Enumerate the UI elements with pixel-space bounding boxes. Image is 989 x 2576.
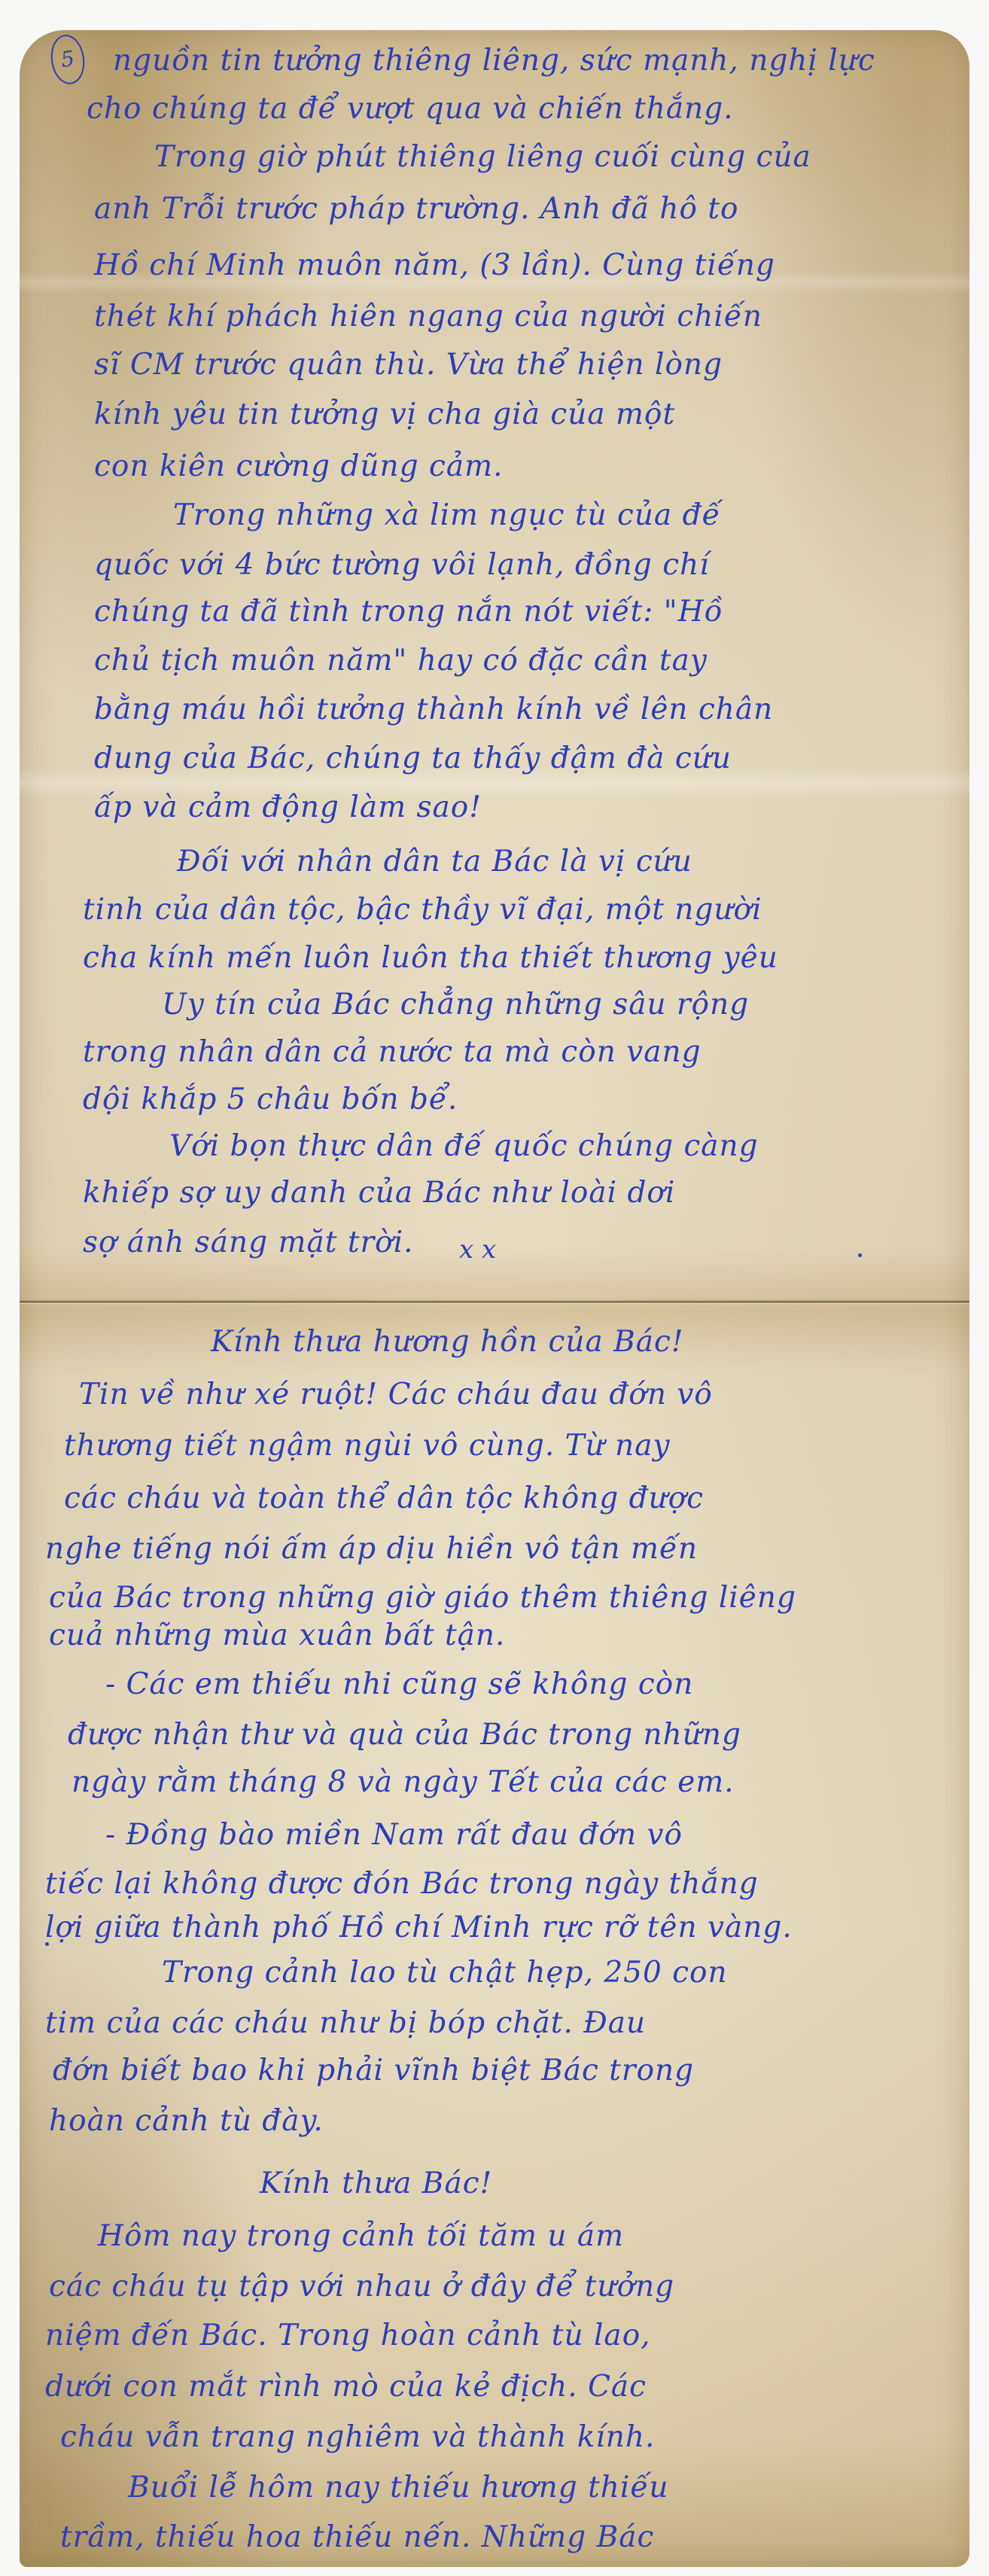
text-line: thương tiết ngậm ngùi vô cùng. Từ nay	[64, 1429, 671, 1463]
text-line: cho chúng ta để vượt qua và chiến thắng.	[87, 92, 734, 126]
text-line: lợi giữa thành phố Hồ chí Minh rực rỡ tê…	[45, 1911, 793, 1944]
text-line: trong nhân dân cả nước ta mà còn vang	[83, 1035, 701, 1069]
text-line: dưới con mắt rình mò của kẻ địch. Các	[45, 2370, 647, 2404]
text-line: sợ ánh sáng mặt trời.	[83, 1226, 414, 1259]
text-line: Uy tín của Bác chẳng những sâu rộng	[162, 988, 749, 1022]
text-line: cha kính mến luôn luôn tha thiết thương …	[83, 941, 778, 975]
text-line: ngày rằm tháng 8 và ngày Tết của các em.	[72, 1765, 735, 1799]
text-line: quốc với 4 bức tường vôi lạnh, đồng chí	[94, 548, 710, 582]
text-line: kính yêu tin tưởng vị cha già của một	[94, 397, 675, 431]
text-line: Hôm nay trong cảnh tối tăm u ám	[98, 2219, 624, 2253]
text-line: cháu vẫn trang nghiêm và thành kính.	[60, 2420, 655, 2454]
text-line: các cháu và toàn thể dân tộc không được	[64, 1481, 704, 1515]
text-line: nghe tiếng nói ấm áp dịu hiền vô tận mến	[45, 1532, 698, 1566]
text-line: ấp và cảm động làm sao!	[94, 790, 482, 824]
text-line: dội khắp 5 châu bốn bể.	[83, 1082, 458, 1116]
text-line: chủ tịch muôn năm" hay có đặc cần tay	[94, 644, 708, 677]
text-line: đớn biết bao khi phải vĩnh biệt Bác tron…	[53, 2054, 694, 2087]
text-line: Đối với nhân dân ta Bác là vị cứu	[177, 845, 692, 878]
salutation: Kính thưa hương hồn của Bác!	[211, 1325, 684, 1359]
salutation: Kính thưa Bác!	[260, 2166, 492, 2200]
ink-spot	[45, 1942, 49, 1946]
text-line: của Bác trong những giờ giáo thêm thiêng…	[49, 1581, 796, 1615]
text-line: Tin về như xé ruột! Các cháu đau đớn vô	[79, 1378, 713, 1411]
text-line: bằng máu hồi tưởng thành kính về lên châ…	[94, 693, 773, 726]
ink-spot	[858, 1253, 862, 1257]
text-line: Với bọn thực dân đế quốc chúng càng	[169, 1129, 759, 1163]
text-line: tinh của dân tộc, bậc thầy vĩ đại, một n…	[83, 893, 762, 927]
paper-fold-crease	[20, 1300, 969, 1305]
text-line: tiếc lại không được đón Bác trong ngày t…	[45, 1867, 759, 1901]
text-line: cuả những mùa xuân bất tận.	[49, 1618, 505, 1652]
text-line: - Đồng bào miền Nam rất đau đớn vô	[105, 1818, 683, 1852]
text-line: Hồ chí Minh muôn năm, (3 lần). Cùng tiến…	[94, 248, 775, 282]
text-line: dung của Bác, chúng ta thấy đậm đà cứu	[94, 741, 732, 775]
text-line: niệm đến Bác. Trong hoàn cảnh tù lao,	[45, 2319, 651, 2352]
text-line: khiếp sợ uy danh của Bác như loài dơi	[83, 1176, 675, 1210]
text-line: - Các em thiếu nhi cũng sẽ không còn	[105, 1667, 693, 1701]
text-line: Trong những xà lim ngục tù của đế	[173, 498, 721, 532]
text-line: tim của các cháu như bị bóp chặt. Đau	[45, 2006, 646, 2040]
text-line: anh Trỗi trước pháp trường. Anh đã hô to	[94, 192, 738, 226]
text-line: Trong giờ phút thiêng liêng cuối cùng củ…	[154, 140, 811, 174]
section-separator: x x	[459, 1235, 496, 1265]
text-line: thét khí phách hiên ngang của người chiế…	[94, 300, 762, 333]
text-line: trầm, thiếu hoa thiếu nến. Những Bác	[60, 2520, 654, 2554]
text-line: được nhận thư và quà của Bác trong những	[68, 1718, 741, 1752]
text-line: con kiên cường dũng cảm.	[94, 449, 504, 483]
text-line: Buổi lễ hôm nay thiếu hương thiếu	[128, 2471, 669, 2504]
text-line: hoàn cảnh tù đày.	[49, 2104, 324, 2138]
text-line: nguồn tin tưởng thiêng liêng, sức mạnh, …	[113, 44, 875, 78]
text-line: sĩ CM trước quân thù. Vừa thể hiện lòng	[94, 348, 723, 382]
text-line: chúng ta đã tình trong nắn nót viết: "Hồ	[94, 595, 723, 629]
text-line: Trong cảnh lao tù chật hẹp, 250 con	[162, 1956, 728, 1990]
text-line: các cháu tụ tập với nhau ở đây để tưởng	[49, 2270, 674, 2303]
